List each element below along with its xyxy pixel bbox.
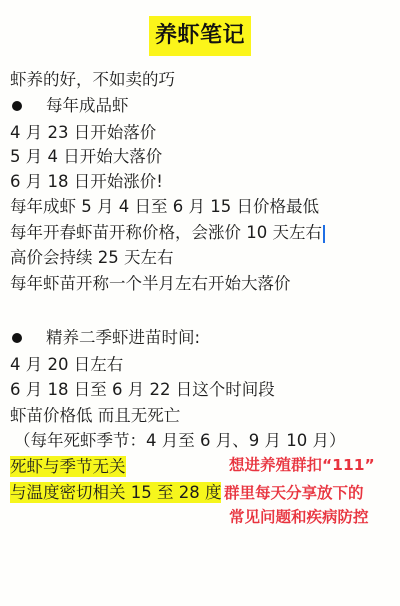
text-caret <box>323 225 325 243</box>
bullet-icon <box>12 333 22 343</box>
section1-line-with-caret[interactable]: 每年开春虾苗开称价格，会涨价 10 天左右 <box>10 222 325 244</box>
section1-line: 每年虾苗开称一个半月左右开始大落价 <box>10 273 291 295</box>
highlighted-line: 与温度密切相关 15 至 28 度 <box>10 482 221 504</box>
section1-line: 6 月 18 日开始涨价! <box>10 171 163 193</box>
section1-line: 4 月 23 日开始落价 <box>10 122 156 144</box>
intro-text: 虾养的好，不如卖的巧 <box>10 69 175 91</box>
highlighted-line: 死虾与季节无关 <box>10 456 126 478</box>
section2-line: 虾苗价格低 而且无死亡 <box>10 405 180 427</box>
section2-line: 6 月 18 日至 6 月 22 日这个时间段 <box>10 379 275 401</box>
highlighted-text: 与温度密切相关 15 至 28 度 <box>10 482 221 503</box>
highlighted-text: 死虾与季节无关 <box>10 456 126 477</box>
section1-line: 高价会持续 25 天左右 <box>10 247 174 269</box>
section1-heading: 每年成品虾 <box>10 95 129 117</box>
page-title: 养虾笔记 <box>149 16 251 56</box>
promo-text: 常见问题和疾病防控 <box>229 506 369 528</box>
section2-line: （每年死虾季节：4 月至 6 月、9 月 10 月） <box>14 430 345 452</box>
promo-text: 群里每天分享放下的 <box>224 482 364 504</box>
bullet-icon <box>12 101 22 111</box>
promo-text: 想进养殖群扣“111” <box>229 454 375 476</box>
section1-line-text: 每年开春虾苗开称价格，会涨价 10 天左右 <box>10 223 322 242</box>
note-page: 养虾笔记 虾养的好，不如卖的巧 每年成品虾 4 月 23 日开始落价 5 月 4… <box>0 0 400 606</box>
section1-line: 每年成虾 5 月 4 日至 6 月 15 日价格最低 <box>10 196 319 218</box>
section2-line: 4 月 20 日左右 <box>10 354 123 376</box>
section1-heading-label: 每年成品虾 <box>46 95 129 117</box>
title-container: 养虾笔记 <box>0 16 400 56</box>
section2-heading-label: 精养二季虾进苗时间: <box>46 327 200 349</box>
section1-line: 5 月 4 日开始大落价 <box>10 146 162 168</box>
section2-heading: 精养二季虾进苗时间: <box>10 327 200 349</box>
